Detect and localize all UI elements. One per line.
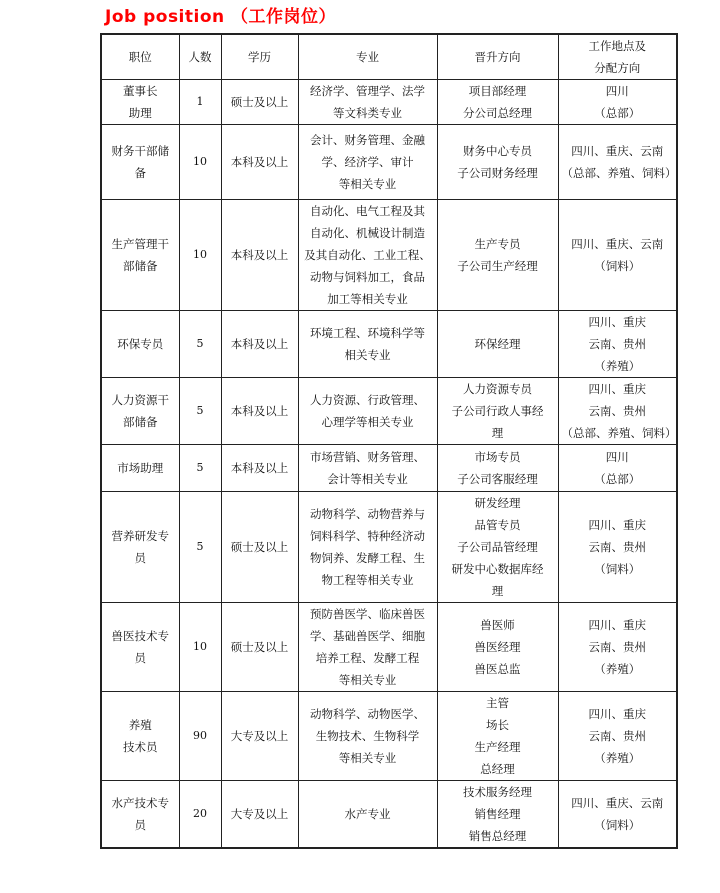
cell-education-text: 本科及以上	[225, 400, 295, 422]
cell-major-line: 及其自动化、工业工程、	[302, 244, 434, 266]
cell-location: 四川、重庆云南、贵州（总部、养殖、饲料）	[558, 378, 677, 445]
cell-promotion-line: 理	[441, 422, 555, 444]
cell-major-line: 动物科学、动物医学、	[302, 703, 434, 725]
cell-location-line: 四川、重庆	[562, 703, 674, 725]
cell-major: 动物科学、动物医学、生物技术、生物科学等相关专业	[298, 692, 437, 781]
table-row: 水产技术专员20大专及以上水产专业技术服务经理销售经理销售总经理四川、重庆、云南…	[101, 781, 677, 849]
cell-promotion-line: 子公司财务经理	[441, 162, 555, 184]
cell-count: 10	[179, 200, 221, 311]
table-header-row: 职位 人数 学历 专业 晋升方向 工作地点及 分配方向	[101, 34, 677, 80]
cell-location-line: （养殖）	[562, 658, 674, 680]
cell-location-line: （养殖）	[562, 747, 674, 769]
cell-count-text: 5	[183, 400, 218, 422]
cell-promotion-line: 兽医经理	[441, 636, 555, 658]
cell-promotion-line: 场长	[441, 714, 555, 736]
cell-location-line: （总部、养殖、饲料）	[562, 162, 674, 184]
cell-major: 会计、财务管理、金融学、经济学、审计等相关专业	[298, 125, 437, 200]
cell-position-line: 员	[105, 547, 176, 569]
cell-education: 大专及以上	[221, 692, 298, 781]
cell-education: 硕士及以上	[221, 492, 298, 603]
cell-location-line: 云南、贵州	[562, 636, 674, 658]
header-text: 职位	[105, 46, 176, 68]
cell-count-text: 10	[183, 636, 218, 658]
cell-promotion-line: 子公司生产经理	[441, 255, 555, 277]
cell-location: 四川、重庆云南、贵州（养殖）	[558, 311, 677, 378]
cell-position-line: 助理	[105, 102, 176, 124]
cell-education: 本科及以上	[221, 200, 298, 311]
cell-location-line: 云南、贵州	[562, 536, 674, 558]
cell-education: 本科及以上	[221, 125, 298, 200]
cell-location-line: （总部）	[562, 468, 674, 490]
cell-education-text: 本科及以上	[225, 333, 295, 355]
header-text: 分配方向	[562, 57, 674, 79]
cell-major-line: 自动化、机械设计制造	[302, 222, 434, 244]
table-row: 董事长助理1硕士及以上经济学、管理学、法学等文科类专业项目部经理分公司总经理四川…	[101, 80, 677, 125]
cell-promotion: 环保经理	[437, 311, 558, 378]
table-row: 生产管理干部储备10本科及以上自动化、电气工程及其自动化、机械设计制造及其自动化…	[101, 200, 677, 311]
cell-position-line: 水产技术专	[105, 792, 176, 814]
cell-count: 5	[179, 445, 221, 492]
header-text: 专业	[302, 46, 434, 68]
cell-promotion-line: 研发中心数据库经	[441, 558, 555, 580]
cell-count: 10	[179, 125, 221, 200]
cell-count: 10	[179, 603, 221, 692]
cell-major-line: 学、经济学、审计	[302, 151, 434, 173]
cell-count: 5	[179, 311, 221, 378]
cell-promotion-line: 财务中心专员	[441, 140, 555, 162]
cell-position: 董事长助理	[101, 80, 179, 125]
header-education: 学历	[221, 34, 298, 80]
cell-count: 5	[179, 378, 221, 445]
cell-major-line: 水产专业	[302, 803, 434, 825]
cell-promotion-line: 生产经理	[441, 736, 555, 758]
cell-major-line: 动物与饲料加工，食品	[302, 266, 434, 288]
cell-major: 自动化、电气工程及其自动化、机械设计制造及其自动化、工业工程、动物与饲料加工，食…	[298, 200, 437, 311]
cell-promotion: 技术服务经理销售经理销售总经理	[437, 781, 558, 849]
cell-location-line: 四川、重庆、云南	[562, 792, 674, 814]
cell-major: 预防兽医学、临床兽医学、基础兽医学、细胞培养工程、发酵工程等相关专业	[298, 603, 437, 692]
cell-promotion: 市场专员子公司客服经理	[437, 445, 558, 492]
cell-major-line: 人力资源、行政管理、	[302, 389, 434, 411]
cell-position-line: 董事长	[105, 80, 176, 102]
cell-promotion-line: 子公司行政人事经	[441, 400, 555, 422]
cell-education: 硕士及以上	[221, 603, 298, 692]
cell-position-line: 部储备	[105, 255, 176, 277]
cell-promotion-line: 理	[441, 580, 555, 602]
cell-position: 兽医技术专员	[101, 603, 179, 692]
cell-major-line: 预防兽医学、临床兽医	[302, 603, 434, 625]
page-title: Job position （工作岗位）	[105, 2, 336, 27]
table-body: 董事长助理1硕士及以上经济学、管理学、法学等文科类专业项目部经理分公司总经理四川…	[101, 80, 677, 849]
cell-education-text: 硕士及以上	[225, 536, 295, 558]
cell-promotion-line: 生产专员	[441, 233, 555, 255]
cell-promotion-line: 人力资源专员	[441, 378, 555, 400]
cell-count-text: 5	[183, 457, 218, 479]
cell-location-line: （饲料）	[562, 255, 674, 277]
cell-education: 本科及以上	[221, 445, 298, 492]
cell-promotion-line: 技术服务经理	[441, 781, 555, 803]
cell-major-line: 动物科学、动物营养与	[302, 503, 434, 525]
cell-education-text: 硕士及以上	[225, 91, 295, 113]
cell-location-line: （总部）	[562, 102, 674, 124]
cell-location-line: （总部、养殖、饲料）	[562, 422, 674, 444]
cell-position-line: 兽医技术专	[105, 625, 176, 647]
table-row: 财务干部储备10本科及以上会计、财务管理、金融学、经济学、审计等相关专业财务中心…	[101, 125, 677, 200]
cell-promotion-line: 分公司总经理	[441, 102, 555, 124]
cell-position-line: 财务干部储	[105, 140, 176, 162]
cell-major-line: 等文科类专业	[302, 102, 434, 124]
job-position-table: 职位 人数 学历 专业 晋升方向 工作地点及 分配方向 董事长助理1硕士及以上经…	[100, 33, 678, 849]
cell-major-line: 会计、财务管理、金融	[302, 129, 434, 151]
cell-position-line: 市场助理	[105, 457, 176, 479]
cell-location-line: 四川、重庆	[562, 514, 674, 536]
cell-major-line: 培养工程、发酵工程	[302, 647, 434, 669]
cell-position-line: 部储备	[105, 411, 176, 433]
cell-promotion-line: 项目部经理	[441, 80, 555, 102]
table-row: 养殖技术员90大专及以上动物科学、动物医学、生物技术、生物科学等相关专业主管场长…	[101, 692, 677, 781]
cell-position-line: 养殖	[105, 714, 176, 736]
cell-major-line: 心理学等相关专业	[302, 411, 434, 433]
cell-major-line: 物饲养、发酵工程、生	[302, 547, 434, 569]
cell-promotion-line: 研发经理	[441, 492, 555, 514]
cell-position-line: 员	[105, 814, 176, 836]
cell-major-line: 生物技术、生物科学	[302, 725, 434, 747]
cell-major: 水产专业	[298, 781, 437, 849]
cell-count-text: 90	[183, 725, 218, 747]
cell-location-line: （饲料）	[562, 814, 674, 836]
header-count: 人数	[179, 34, 221, 80]
cell-location-line: 四川、重庆	[562, 378, 674, 400]
cell-promotion-line: 销售经理	[441, 803, 555, 825]
cell-location-line: 云南、贵州	[562, 333, 674, 355]
table-row: 环保专员5本科及以上环境工程、环境科学等相关专业环保经理四川、重庆云南、贵州（养…	[101, 311, 677, 378]
cell-major-line: 加工等相关专业	[302, 288, 434, 310]
cell-major-line: 饲料科学、特种经济动	[302, 525, 434, 547]
cell-education: 硕士及以上	[221, 80, 298, 125]
cell-major: 人力资源、行政管理、心理学等相关专业	[298, 378, 437, 445]
cell-count-text: 10	[183, 244, 218, 266]
cell-count: 5	[179, 492, 221, 603]
cell-location-line: 云南、贵州	[562, 725, 674, 747]
cell-position-line: 员	[105, 647, 176, 669]
cell-position-line: 人力资源干	[105, 389, 176, 411]
cell-major: 动物科学、动物营养与饲料科学、特种经济动物饲养、发酵工程、生物工程等相关专业	[298, 492, 437, 603]
cell-promotion-line: 兽医总监	[441, 658, 555, 680]
cell-location: 四川、重庆、云南（饲料）	[558, 200, 677, 311]
cell-promotion-line: 子公司客服经理	[441, 468, 555, 490]
cell-location-line: （养殖）	[562, 355, 674, 377]
cell-major: 市场营销、财务管理、会计等相关专业	[298, 445, 437, 492]
header-major: 专业	[298, 34, 437, 80]
cell-promotion-line: 兽医师	[441, 614, 555, 636]
table-row: 兽医技术专员10硕士及以上预防兽医学、临床兽医学、基础兽医学、细胞培养工程、发酵…	[101, 603, 677, 692]
cell-location-line: 四川、重庆、云南	[562, 233, 674, 255]
cell-position: 水产技术专员	[101, 781, 179, 849]
cell-count-text: 10	[183, 151, 218, 173]
header-location: 工作地点及 分配方向	[558, 34, 677, 80]
cell-education-text: 本科及以上	[225, 151, 295, 173]
cell-position: 生产管理干部储备	[101, 200, 179, 311]
cell-major-line: 等相关专业	[302, 173, 434, 195]
cell-education-text: 大专及以上	[225, 725, 295, 747]
cell-major: 经济学、管理学、法学等文科类专业	[298, 80, 437, 125]
cell-promotion: 生产专员子公司生产经理	[437, 200, 558, 311]
cell-promotion-line: 品管专员	[441, 514, 555, 536]
cell-location: 四川（总部）	[558, 80, 677, 125]
cell-position: 营养研发专员	[101, 492, 179, 603]
cell-promotion: 研发经理品管专员子公司品管经理研发中心数据库经理	[437, 492, 558, 603]
cell-promotion-line: 总经理	[441, 758, 555, 780]
cell-promotion: 主管场长生产经理总经理	[437, 692, 558, 781]
cell-location: 四川、重庆云南、贵州（饲料）	[558, 492, 677, 603]
cell-major-line: 环境工程、环境科学等	[302, 322, 434, 344]
cell-count-text: 1	[183, 91, 218, 113]
cell-count-text: 20	[183, 803, 218, 825]
cell-education: 本科及以上	[221, 378, 298, 445]
cell-education: 本科及以上	[221, 311, 298, 378]
cell-position-line: 营养研发专	[105, 525, 176, 547]
cell-location: 四川、重庆、云南（总部、养殖、饲料）	[558, 125, 677, 200]
header-position: 职位	[101, 34, 179, 80]
cell-major-line: 等相关专业	[302, 747, 434, 769]
cell-position: 市场助理	[101, 445, 179, 492]
cell-position-line: 环保专员	[105, 333, 176, 355]
cell-count-text: 5	[183, 333, 218, 355]
cell-promotion: 人力资源专员子公司行政人事经理	[437, 378, 558, 445]
cell-position-line: 技术员	[105, 736, 176, 758]
cell-major-line: 相关专业	[302, 344, 434, 366]
cell-location: 四川、重庆、云南（饲料）	[558, 781, 677, 849]
cell-education-text: 本科及以上	[225, 457, 295, 479]
cell-position: 人力资源干部储备	[101, 378, 179, 445]
cell-position-line: 生产管理干	[105, 233, 176, 255]
cell-promotion-line: 环保经理	[441, 333, 555, 355]
cell-promotion-line: 销售总经理	[441, 825, 555, 847]
cell-promotion-line: 子公司品管经理	[441, 536, 555, 558]
cell-education-text: 硕士及以上	[225, 636, 295, 658]
cell-count-text: 5	[183, 536, 218, 558]
header-promotion: 晋升方向	[437, 34, 558, 80]
header-text: 晋升方向	[441, 46, 555, 68]
cell-count: 20	[179, 781, 221, 849]
cell-position: 环保专员	[101, 311, 179, 378]
cell-location-line: 四川	[562, 80, 674, 102]
cell-location-line: 四川、重庆	[562, 614, 674, 636]
cell-count: 1	[179, 80, 221, 125]
cell-location: 四川（总部）	[558, 445, 677, 492]
cell-location: 四川、重庆云南、贵州（养殖）	[558, 603, 677, 692]
cell-position: 财务干部储备	[101, 125, 179, 200]
cell-location-line: 云南、贵州	[562, 400, 674, 422]
cell-education: 大专及以上	[221, 781, 298, 849]
cell-location-line: 四川、重庆	[562, 311, 674, 333]
cell-promotion-line: 市场专员	[441, 446, 555, 468]
header-text: 学历	[225, 46, 295, 68]
cell-major-line: 自动化、电气工程及其	[302, 200, 434, 222]
cell-promotion: 财务中心专员子公司财务经理	[437, 125, 558, 200]
cell-education-text: 大专及以上	[225, 803, 295, 825]
cell-location-line: 四川、重庆、云南	[562, 140, 674, 162]
cell-promotion: 项目部经理分公司总经理	[437, 80, 558, 125]
cell-major-line: 等相关专业	[302, 669, 434, 691]
cell-promotion-line: 主管	[441, 692, 555, 714]
cell-major-line: 经济学、管理学、法学	[302, 80, 434, 102]
cell-major-line: 会计等相关专业	[302, 468, 434, 490]
cell-major-line: 学、基础兽医学、细胞	[302, 625, 434, 647]
cell-major-line: 市场营销、财务管理、	[302, 446, 434, 468]
table-row: 人力资源干部储备5本科及以上人力资源、行政管理、心理学等相关专业人力资源专员子公…	[101, 378, 677, 445]
cell-promotion: 兽医师兽医经理兽医总监	[437, 603, 558, 692]
cell-location: 四川、重庆云南、贵州（养殖）	[558, 692, 677, 781]
header-text: 工作地点及	[562, 35, 674, 57]
cell-count: 90	[179, 692, 221, 781]
cell-education-text: 本科及以上	[225, 244, 295, 266]
table-row: 营养研发专员5硕士及以上动物科学、动物营养与饲料科学、特种经济动物饲养、发酵工程…	[101, 492, 677, 603]
cell-major-line: 物工程等相关专业	[302, 569, 434, 591]
table-row: 市场助理5本科及以上市场营销、财务管理、会计等相关专业市场专员子公司客服经理四川…	[101, 445, 677, 492]
cell-location-line: （饲料）	[562, 558, 674, 580]
cell-location-line: 四川	[562, 446, 674, 468]
cell-position-line: 备	[105, 162, 176, 184]
cell-position: 养殖技术员	[101, 692, 179, 781]
cell-major: 环境工程、环境科学等相关专业	[298, 311, 437, 378]
header-text: 人数	[183, 46, 218, 68]
